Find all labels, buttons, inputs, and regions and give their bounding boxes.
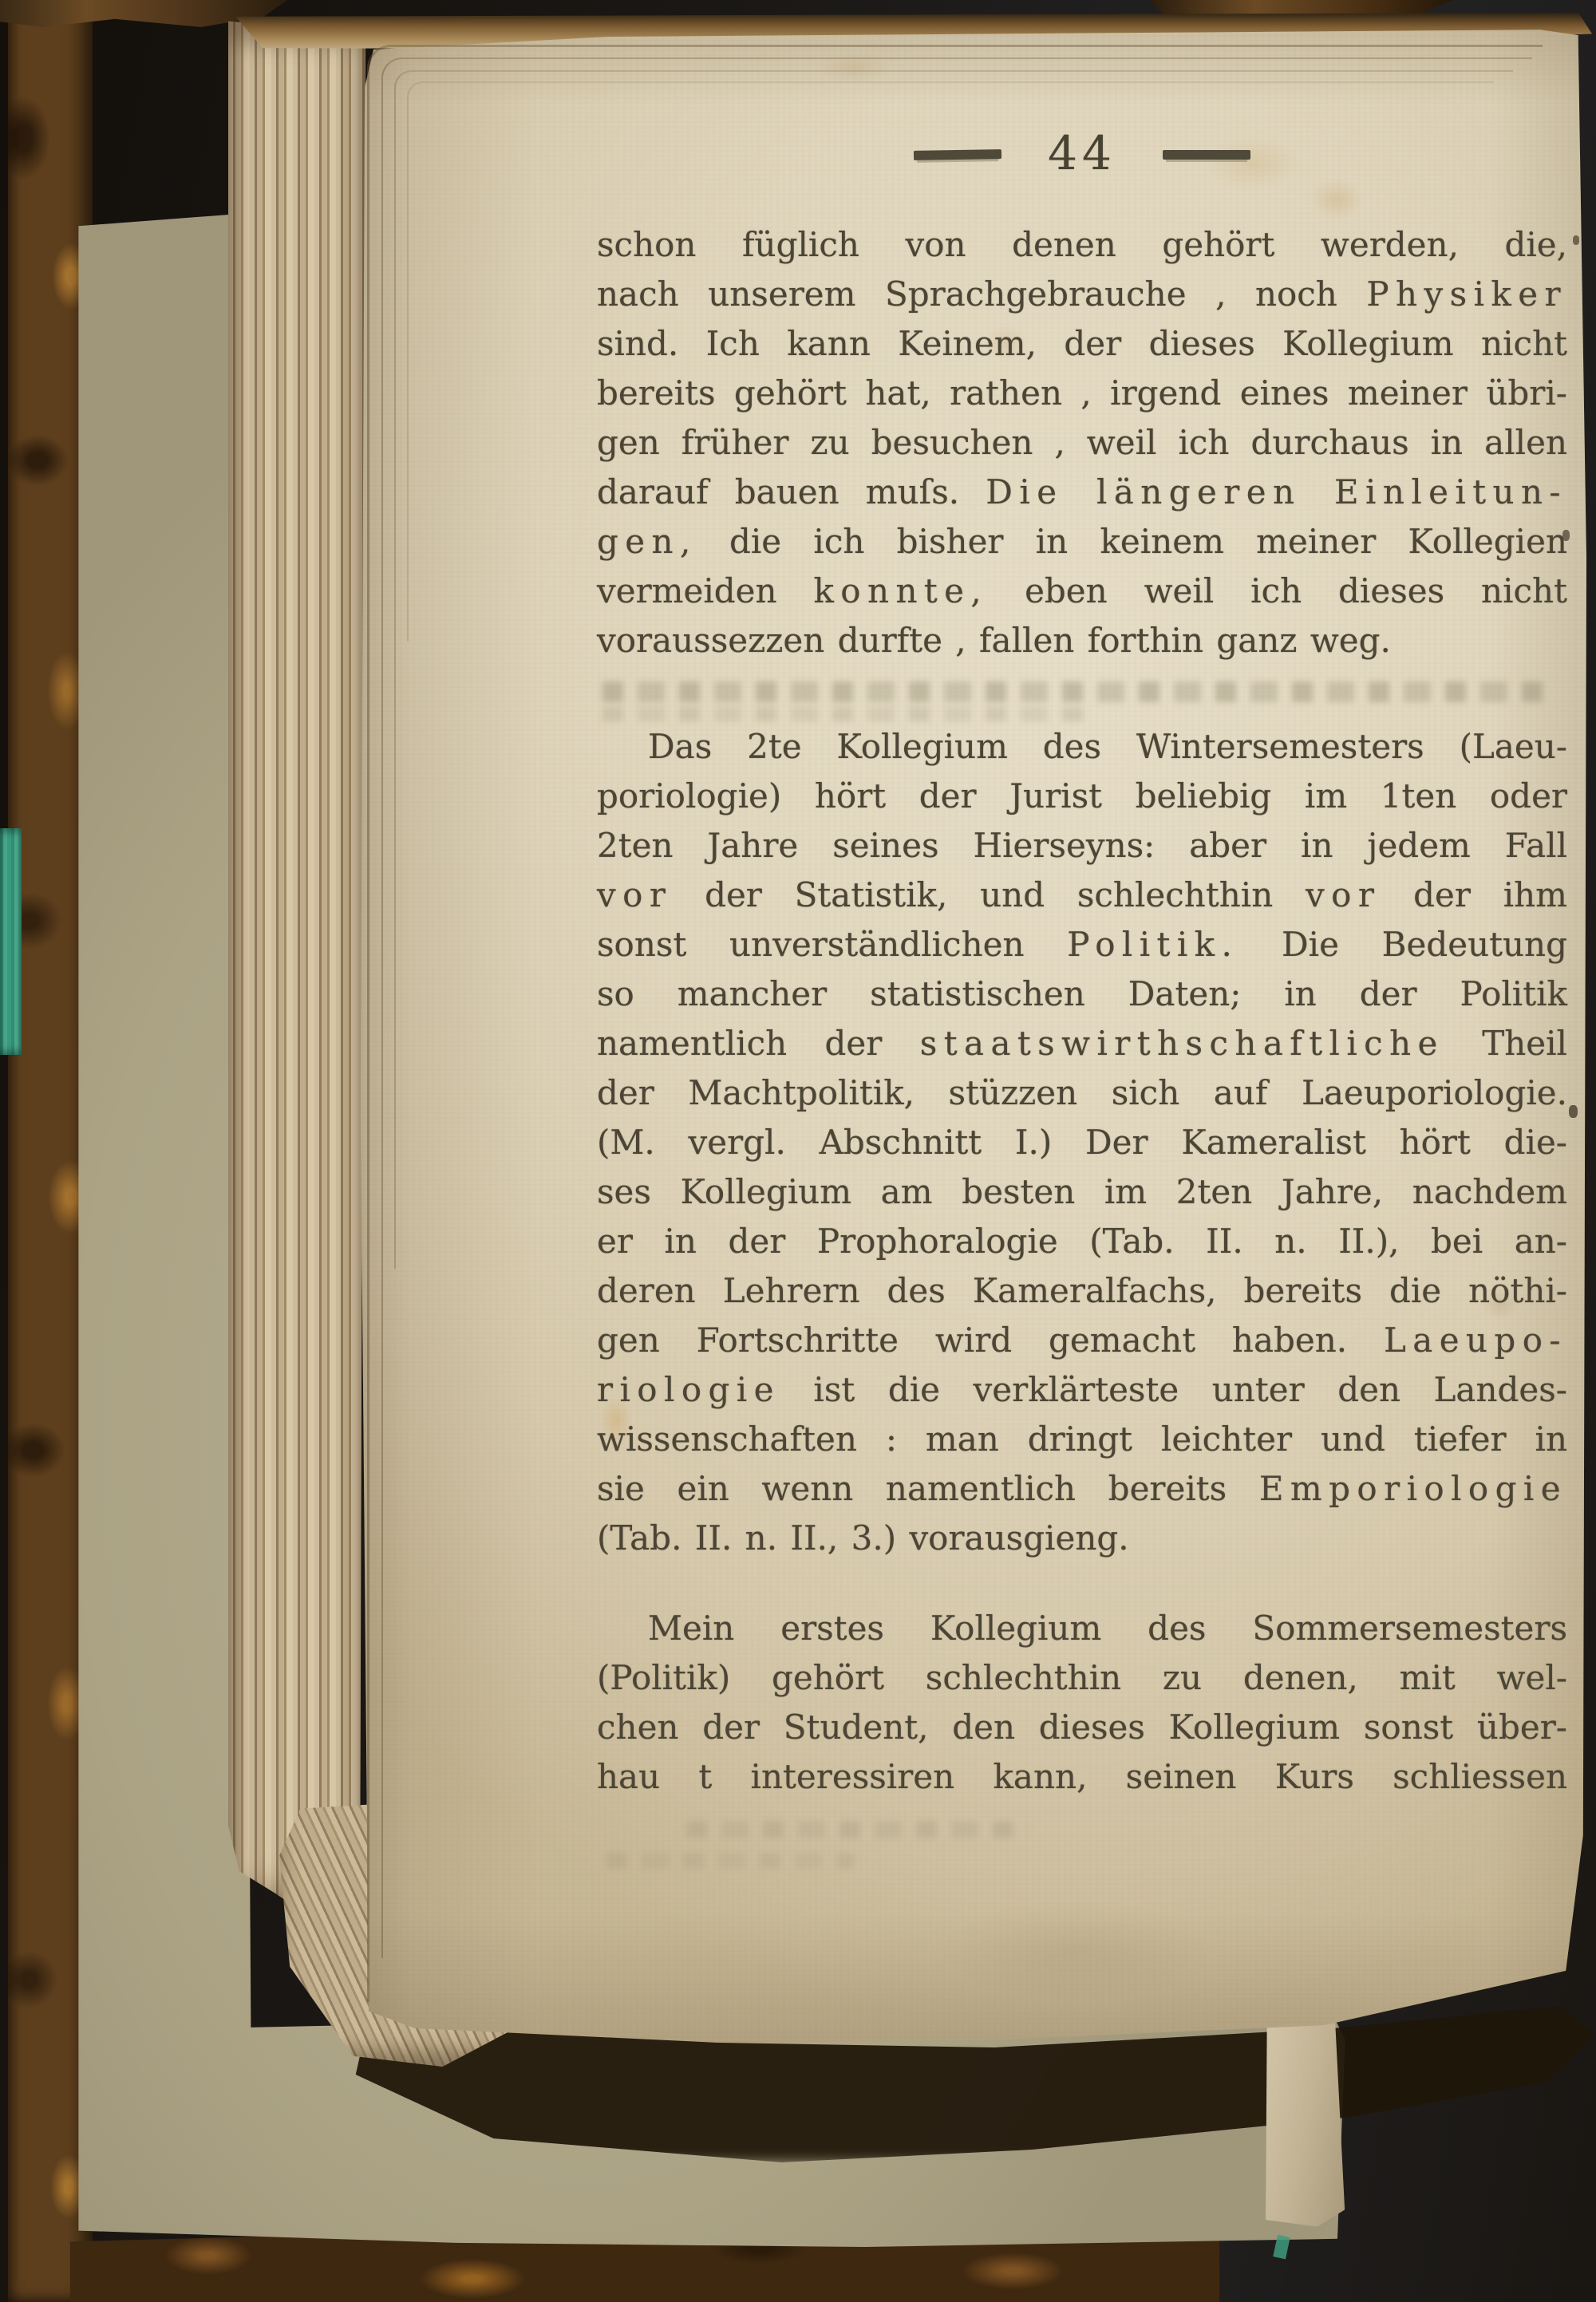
page-number-dash — [1163, 150, 1250, 160]
body-text: gen früher zu besuchen , weil ich durcha… — [597, 423, 1567, 462]
body-text: Das 2te Kollegium des Wintersemesters (L… — [648, 727, 1567, 766]
text-line: schon füglich von denen gehört werden, d… — [597, 220, 1567, 270]
emphasized-text: Emporiologie — [1259, 1469, 1567, 1508]
emphasized-text: gen, — [597, 522, 697, 561]
text-line: darauf bauen muſs. Die längeren Einleitu… — [597, 468, 1567, 517]
body-text: chen der Student, den dieses Kollegium s… — [597, 1708, 1567, 1747]
body-text: Theil — [1444, 1024, 1567, 1063]
body-text: namentlich der — [597, 1024, 920, 1063]
text-line: er in der Prophoralogie (Tab. II. n. II.… — [597, 1217, 1567, 1266]
text-line: wissenschaften : man dringt leichter und… — [597, 1415, 1567, 1464]
text-line: (Politik) gehört schlechthin zu denen, m… — [597, 1653, 1567, 1703]
body-text: Die Bedeutung — [1238, 925, 1567, 964]
bookmark-ribbon — [0, 828, 22, 1055]
text-line: so mancher statistischen Daten; in der P… — [597, 969, 1567, 1019]
body-text: voraussezzen durfte , fallen forthin gan… — [597, 621, 1391, 660]
body-text: der ihm — [1381, 875, 1567, 914]
body-text: ses Kollegium am besten im 2ten Jahre, n… — [597, 1172, 1567, 1211]
text-line: gen Fortschritte wird gemacht haben. Lae… — [597, 1316, 1567, 1365]
body-text: ist die verklärteste unter den Landes- — [780, 1370, 1567, 1409]
text-line: 2ten Jahre seines Hierseyns: aber in jed… — [597, 821, 1567, 871]
text-line: nach unserem Sprachgebrauche , noch Phys… — [597, 270, 1567, 319]
book-photo-scene: 44 schon füglich von denen gehört werden… — [0, 0, 1596, 2302]
emphasized-text: Physiker — [1366, 274, 1567, 314]
emphasized-text: vor — [597, 875, 672, 914]
text-line: namentlich der staatswirthschaftliche Th… — [597, 1019, 1567, 1068]
emphasized-text: staatswirthschaftliche — [920, 1024, 1444, 1063]
emphasized-text: Die längeren Einleitun- — [986, 472, 1567, 511]
text-line: vermeiden konnte, eben weil ich dieses n… — [597, 567, 1567, 616]
text-line: hau t interessiren kann, seinen Kurs sch… — [597, 1752, 1567, 1802]
body-text: sonst unverständlichen — [597, 925, 1067, 964]
emphasized-text: Laeupo- — [1384, 1321, 1567, 1360]
text-line: sonst unverständlichen Politik. Die Bede… — [597, 920, 1567, 969]
emphasized-text: vor — [1306, 875, 1381, 914]
text-line: voraussezzen durfte , fallen forthin gan… — [597, 616, 1567, 665]
body-text: deren Lehrern des Kameralfachs, bereits … — [597, 1271, 1567, 1310]
body-text: die ich bisher in keinem meiner Kollegie… — [697, 522, 1567, 561]
page-edge-stack-left — [228, 18, 365, 1921]
text-line: Das 2te Kollegium des Wintersemesters (L… — [597, 722, 1567, 772]
body-text: bereits gehört hat, rathen , irgend eine… — [597, 373, 1567, 413]
text-line: poriologie) hört der Jurist beliebig im … — [597, 772, 1567, 821]
paragraph: Das 2te Kollegium des Wintersemesters (L… — [597, 722, 1567, 1563]
body-text: sie ein wenn namentlich bereits — [597, 1469, 1259, 1508]
paragraph: schon füglich von denen gehört werden, d… — [597, 220, 1567, 665]
page-number-dash — [914, 149, 1001, 160]
text-line: bereits gehört hat, rathen , irgend eine… — [597, 369, 1567, 418]
text-line: der Machtpolitik, stüzzen sich auf Laeup… — [597, 1068, 1567, 1118]
body-text: wissenschaften : man dringt leichter und… — [597, 1420, 1567, 1459]
text-line: sie ein wenn namentlich bereits Emporiol… — [597, 1464, 1567, 1514]
text-line: (M. vergl. Abschnitt I.) Der Kameralist … — [597, 1118, 1567, 1167]
emphasized-text: Politik. — [1067, 925, 1238, 964]
text-line: ses Kollegium am besten im 2ten Jahre, n… — [597, 1167, 1567, 1217]
body-text: gen Fortschritte wird gemacht haben. — [597, 1321, 1384, 1360]
body-text: so mancher statistischen Daten; in der P… — [597, 974, 1567, 1013]
body-text: hau t interessiren kann, seinen Kurs sch… — [597, 1757, 1567, 1796]
body-text: (Tab. II. n. II., 3.) vorausgieng. — [597, 1518, 1129, 1558]
body-text: schon füglich von denen gehört werden, d… — [597, 225, 1567, 264]
body-text: sind. Ich kann Keinem, der dieses Kolleg… — [597, 324, 1567, 363]
paragraph: Mein erstes Kollegium des Sommersemester… — [597, 1604, 1567, 1802]
text-line: sind. Ich kann Keinem, der dieses Kolleg… — [597, 319, 1567, 369]
text-line: deren Lehrern des Kameralfachs, bereits … — [597, 1266, 1567, 1316]
text-line: riologie ist die verklärteste unter den … — [597, 1365, 1567, 1415]
text-line: (Tab. II. n. II., 3.) vorausgieng. — [597, 1514, 1567, 1563]
body-text: vermeiden — [597, 571, 813, 610]
body-text: eben weil ich dieses nicht — [988, 571, 1567, 610]
text-block: schon füglich von denen gehört werden, d… — [597, 220, 1567, 1802]
body-text: (M. vergl. Abschnitt I.) Der Kameralist … — [597, 1123, 1567, 1162]
emphasized-text: konnte, — [813, 571, 988, 610]
text-line: gen früher zu besuchen , weil ich durcha… — [597, 418, 1567, 468]
body-text: der Machtpolitik, stüzzen sich auf Laeup… — [597, 1073, 1567, 1112]
text-line: chen der Student, den dieses Kollegium s… — [597, 1703, 1567, 1752]
body-text: nach unserem Sprachgebrauche , noch — [597, 274, 1366, 314]
body-text: poriologie) hört der Jurist beliebig im … — [597, 776, 1567, 815]
body-text: er in der Prophoralogie (Tab. II. n. II.… — [597, 1222, 1567, 1261]
body-text: darauf bauen muſs. — [597, 472, 986, 511]
text-line: Mein erstes Kollegium des Sommersemester… — [597, 1604, 1567, 1653]
emphasized-text: riologie — [597, 1370, 780, 1409]
body-text: 2ten Jahre seines Hierseyns: aber in jed… — [597, 826, 1567, 865]
ink-speck — [1569, 1105, 1578, 1118]
page-number: 44 — [1048, 126, 1116, 180]
ink-speck — [1573, 235, 1579, 245]
body-text: Mein erstes Kollegium des Sommersemester… — [648, 1609, 1567, 1648]
page-header: 44 — [597, 121, 1567, 188]
body-text: der Statistik, und schlechthin — [672, 875, 1306, 914]
body-text: (Politik) gehört schlechthin zu denen, m… — [597, 1658, 1567, 1697]
text-line: vor der Statistik, und schlechthin vor d… — [597, 871, 1567, 920]
text-line: gen, die ich bisher in keinem meiner Kol… — [597, 517, 1567, 567]
